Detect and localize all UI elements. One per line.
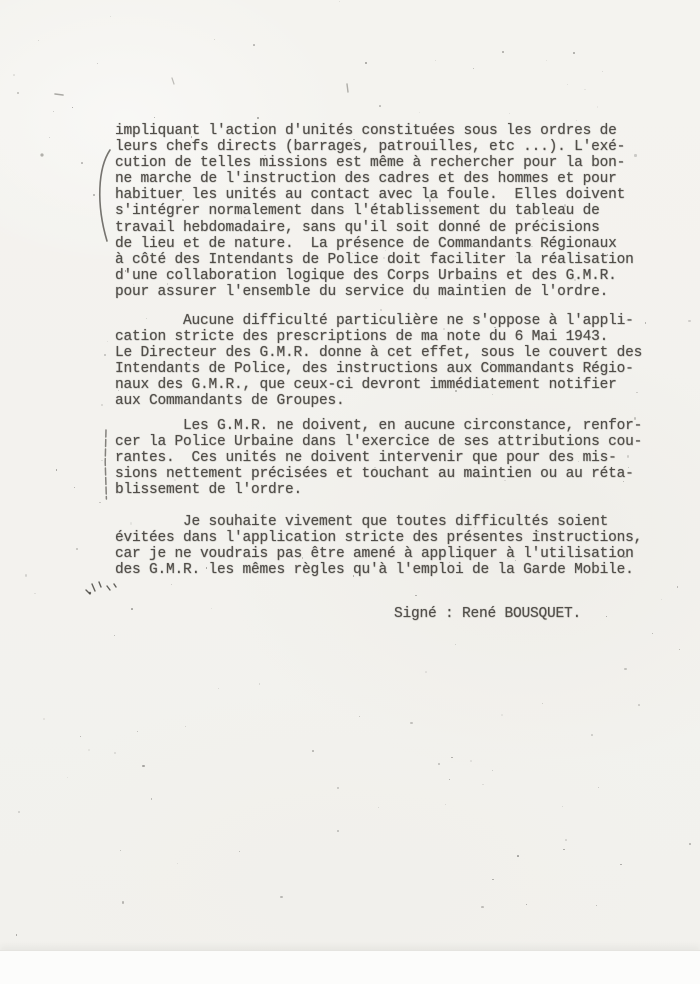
dust-speck <box>419 112 420 114</box>
dust-speck <box>131 608 133 610</box>
dust-speck <box>492 879 494 881</box>
dust-speck <box>602 71 604 72</box>
dust-speck <box>312 750 314 752</box>
dust-speck <box>517 855 519 857</box>
dust-speck <box>438 763 440 765</box>
dust-speck <box>624 668 626 670</box>
dust-speck <box>378 807 379 809</box>
dust-speck <box>501 714 502 716</box>
dust-speck <box>214 39 215 40</box>
paragraph-missions-unites: impliquant l'action d'unités constituées… <box>115 123 634 300</box>
dust-speck <box>122 901 124 903</box>
dust-speck <box>470 760 472 761</box>
dust-speck <box>114 635 115 636</box>
dust-speck <box>142 765 144 767</box>
dust-speck <box>563 849 565 851</box>
dust-speck <box>211 608 212 609</box>
dust-speck <box>337 787 338 788</box>
dust-speck <box>679 649 680 650</box>
dust-speck <box>379 105 381 107</box>
dust-speck <box>546 60 547 61</box>
dust-speck <box>110 16 111 17</box>
dust-speck <box>104 354 106 356</box>
dust-speck <box>43 718 45 720</box>
dust-speck <box>584 89 585 90</box>
dust-speck <box>114 752 116 754</box>
dust-speck <box>34 593 35 594</box>
dust-speck <box>455 644 456 645</box>
dust-speck <box>677 586 678 588</box>
dust-speck <box>652 633 653 635</box>
dust-speck <box>137 731 138 732</box>
scanned-page: impliquant l'action d'unités constituées… <box>0 0 700 984</box>
dust-speck <box>38 40 39 41</box>
dust-speck <box>661 599 662 600</box>
dust-speck <box>97 63 98 64</box>
dust-speck <box>688 320 690 322</box>
dust-speck <box>565 839 567 840</box>
dust-speck <box>280 896 282 898</box>
dust-speck <box>151 798 152 800</box>
paragraph-souhait-application-stricte: Je souhaite vivement que toutes difficul… <box>115 514 642 578</box>
dust-speck <box>13 74 14 76</box>
dust-speck <box>410 722 412 724</box>
dust-speck <box>415 595 417 596</box>
dust-speck <box>56 469 57 471</box>
paragraph-application-note-mai-1943: Aucune difficulté particulière ne s'oppo… <box>115 313 642 410</box>
dust-speck <box>300 310 302 312</box>
dust-speck <box>526 904 527 905</box>
dust-speck <box>253 44 255 46</box>
dust-speck <box>67 777 68 778</box>
dust-speck <box>562 806 563 807</box>
dust-speck <box>606 616 608 617</box>
dust-speck <box>689 843 691 845</box>
dust-speck <box>18 811 20 813</box>
dust-speck <box>17 92 19 94</box>
paragraph-gmr-police-urbaine: Les G.M.R. ne doivent, en aucune circons… <box>115 418 642 498</box>
dust-speck <box>25 574 27 577</box>
signature-line: Signé : René BOUSQUET. <box>394 606 581 622</box>
dust-speck <box>80 736 81 737</box>
dust-speck <box>638 704 640 706</box>
pencil-scribble-mark <box>83 577 125 597</box>
dust-speck <box>634 154 636 156</box>
dust-speck <box>620 864 622 866</box>
dust-speck <box>177 863 178 864</box>
dust-speck <box>259 683 261 685</box>
dust-speck <box>591 734 593 736</box>
dust-speck <box>482 784 484 786</box>
dust-speck <box>597 106 598 108</box>
dust-speck <box>492 770 493 771</box>
dust-speck <box>596 905 597 906</box>
dust-speck <box>445 804 446 806</box>
dust-speck <box>380 309 382 311</box>
dust-speck <box>365 62 367 64</box>
dust-speck <box>435 60 436 61</box>
dust-speck <box>449 779 450 780</box>
dust-speck <box>502 51 504 53</box>
dust-speck <box>120 850 121 851</box>
dust-speck <box>88 749 90 751</box>
dust-speck <box>359 716 361 717</box>
dust-speck <box>185 726 186 727</box>
dust-speck <box>645 322 646 323</box>
dust-speck <box>542 703 543 704</box>
dust-speck <box>567 84 568 85</box>
dust-speck <box>101 404 103 406</box>
dust-speck <box>598 787 599 788</box>
dust-speck <box>425 671 427 673</box>
dust-speck <box>451 757 453 759</box>
dust-speck <box>576 120 577 121</box>
dust-speck <box>509 113 511 115</box>
handwritten-margin-line-mark <box>101 428 111 502</box>
dust-speck <box>337 830 339 832</box>
dust-speck <box>481 906 483 908</box>
dust-speck <box>76 548 78 550</box>
dust-speck <box>239 851 240 852</box>
dust-speck <box>107 341 108 342</box>
dust-speck <box>171 584 172 585</box>
dust-speck <box>473 68 474 69</box>
dust-speck <box>16 934 18 936</box>
dust-speck <box>74 487 75 488</box>
dust-speck <box>218 688 219 689</box>
dust-speck <box>573 52 575 55</box>
scan-bottom-edge <box>0 950 700 984</box>
dust-speck <box>99 502 100 503</box>
dust-speck <box>339 1 340 2</box>
